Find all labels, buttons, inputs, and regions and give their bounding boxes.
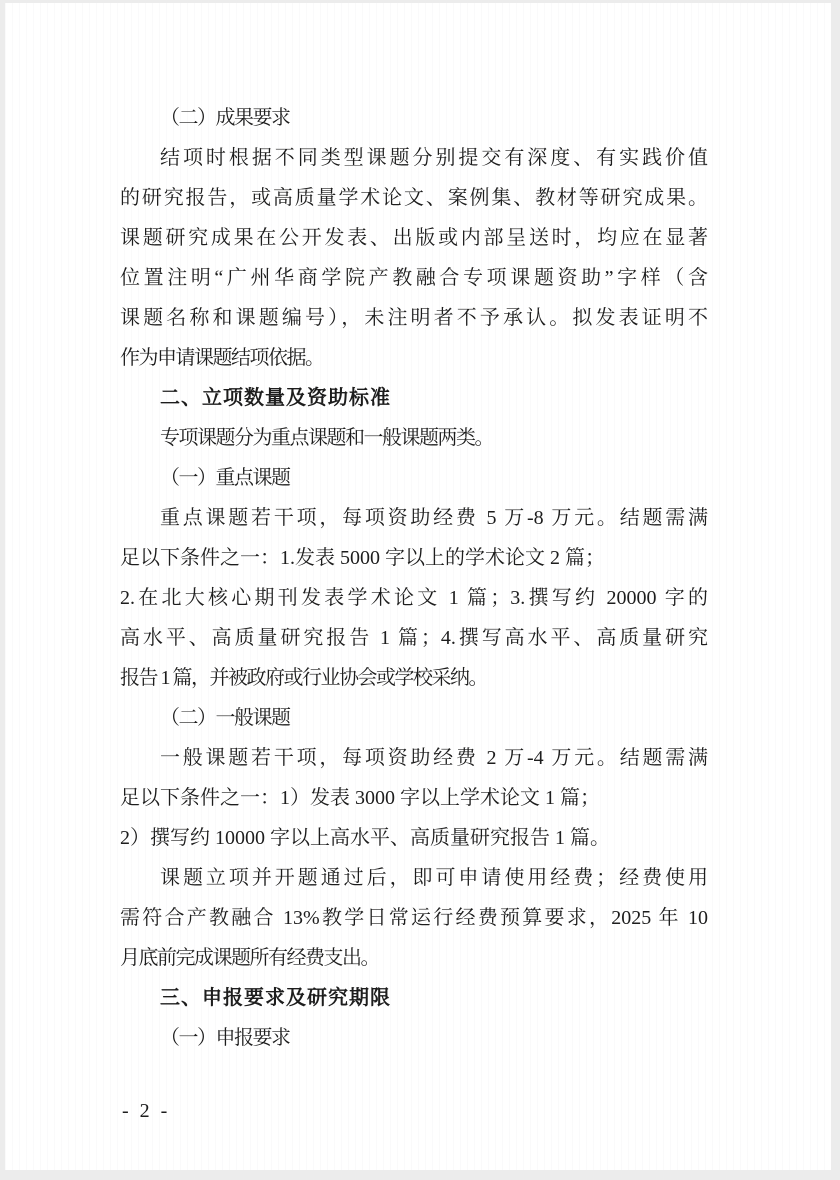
paragraph-line: 一般课题若干项，每项资助经费 2 万-4 万元。结题需满 xyxy=(120,738,708,778)
paragraph-line: 作为申请课题结项依据。 xyxy=(120,338,708,378)
page-number: - 2 - xyxy=(122,1100,170,1123)
subsection-heading-key-projects: （一）重点课题 xyxy=(120,458,708,498)
paragraph-line: 结项时根据不同类型课题分别提交有深度、有实践价值 xyxy=(120,138,708,178)
paragraph-line: 月底前完成课题所有经费支出。 xyxy=(120,938,708,978)
section-heading-3: 三、申报要求及研究期限 xyxy=(120,978,708,1018)
scan-backdrop: （二）成果要求 结项时根据不同类型课题分别提交有深度、有实践价值 的研究报告，或… xyxy=(0,0,840,1180)
document-body: （二）成果要求 结项时根据不同类型课题分别提交有深度、有实践价值 的研究报告，或… xyxy=(120,98,708,1058)
paragraph-line: 报告 1 篇，并被政府或行业协会或学校采纳。 xyxy=(120,658,708,698)
section-heading-2: 二、立项数量及资助标准 xyxy=(120,378,708,418)
subsection-heading-application: （一）申报要求 xyxy=(120,1018,708,1058)
paragraph-line: 2.在北大核心期刊发表学术论文 1 篇；3.撰写约 20000 字的 xyxy=(120,578,708,618)
paragraph-line: 的研究报告，或高质量学术论文、案例集、教材等研究成果。 xyxy=(120,178,708,218)
paragraph-line: 2）撰写约 10000 字以上高水平、高质量研究报告 1 篇。 xyxy=(120,818,708,858)
paragraph-line: 足以下条件之一：1）发表 3000 字以上学术论文 1 篇； xyxy=(120,778,708,818)
subsection-heading-results: （二）成果要求 xyxy=(120,98,708,138)
paragraph-line: 课题名称和课题编号），未注明者不予承认。拟发表证明不 xyxy=(120,298,708,338)
paragraph-line: 足以下条件之一：1.发表 5000 字以上的学术论文 2 篇； xyxy=(120,538,708,578)
paragraph-line: 高水平、高质量研究报告 1 篇；4.撰写高水平、高质量研究 xyxy=(120,618,708,658)
paragraph-line: 课题立项并开题通过后，即可申请使用经费；经费使用 xyxy=(120,858,708,898)
paragraph-line: 课题研究成果在公开发表、出版或内部呈送时，均应在显著 xyxy=(120,218,708,258)
paragraph-line: 需符合产教融合 13%教学日常运行经费预算要求，2025 年 10 xyxy=(120,898,708,938)
document-page: （二）成果要求 结项时根据不同类型课题分别提交有深度、有实践价值 的研究报告，或… xyxy=(5,3,831,1170)
paragraph-line: 专项课题分为重点课题和一般课题两类。 xyxy=(120,418,708,458)
subsection-heading-general-projects: （二）一般课题 xyxy=(120,698,708,738)
paragraph-line: 重点课题若干项，每项资助经费 5 万-8 万元。结题需满 xyxy=(120,498,708,538)
paragraph-line: 位置注明“广州华商学院产教融合专项课题资助”字样（含 xyxy=(120,258,708,298)
